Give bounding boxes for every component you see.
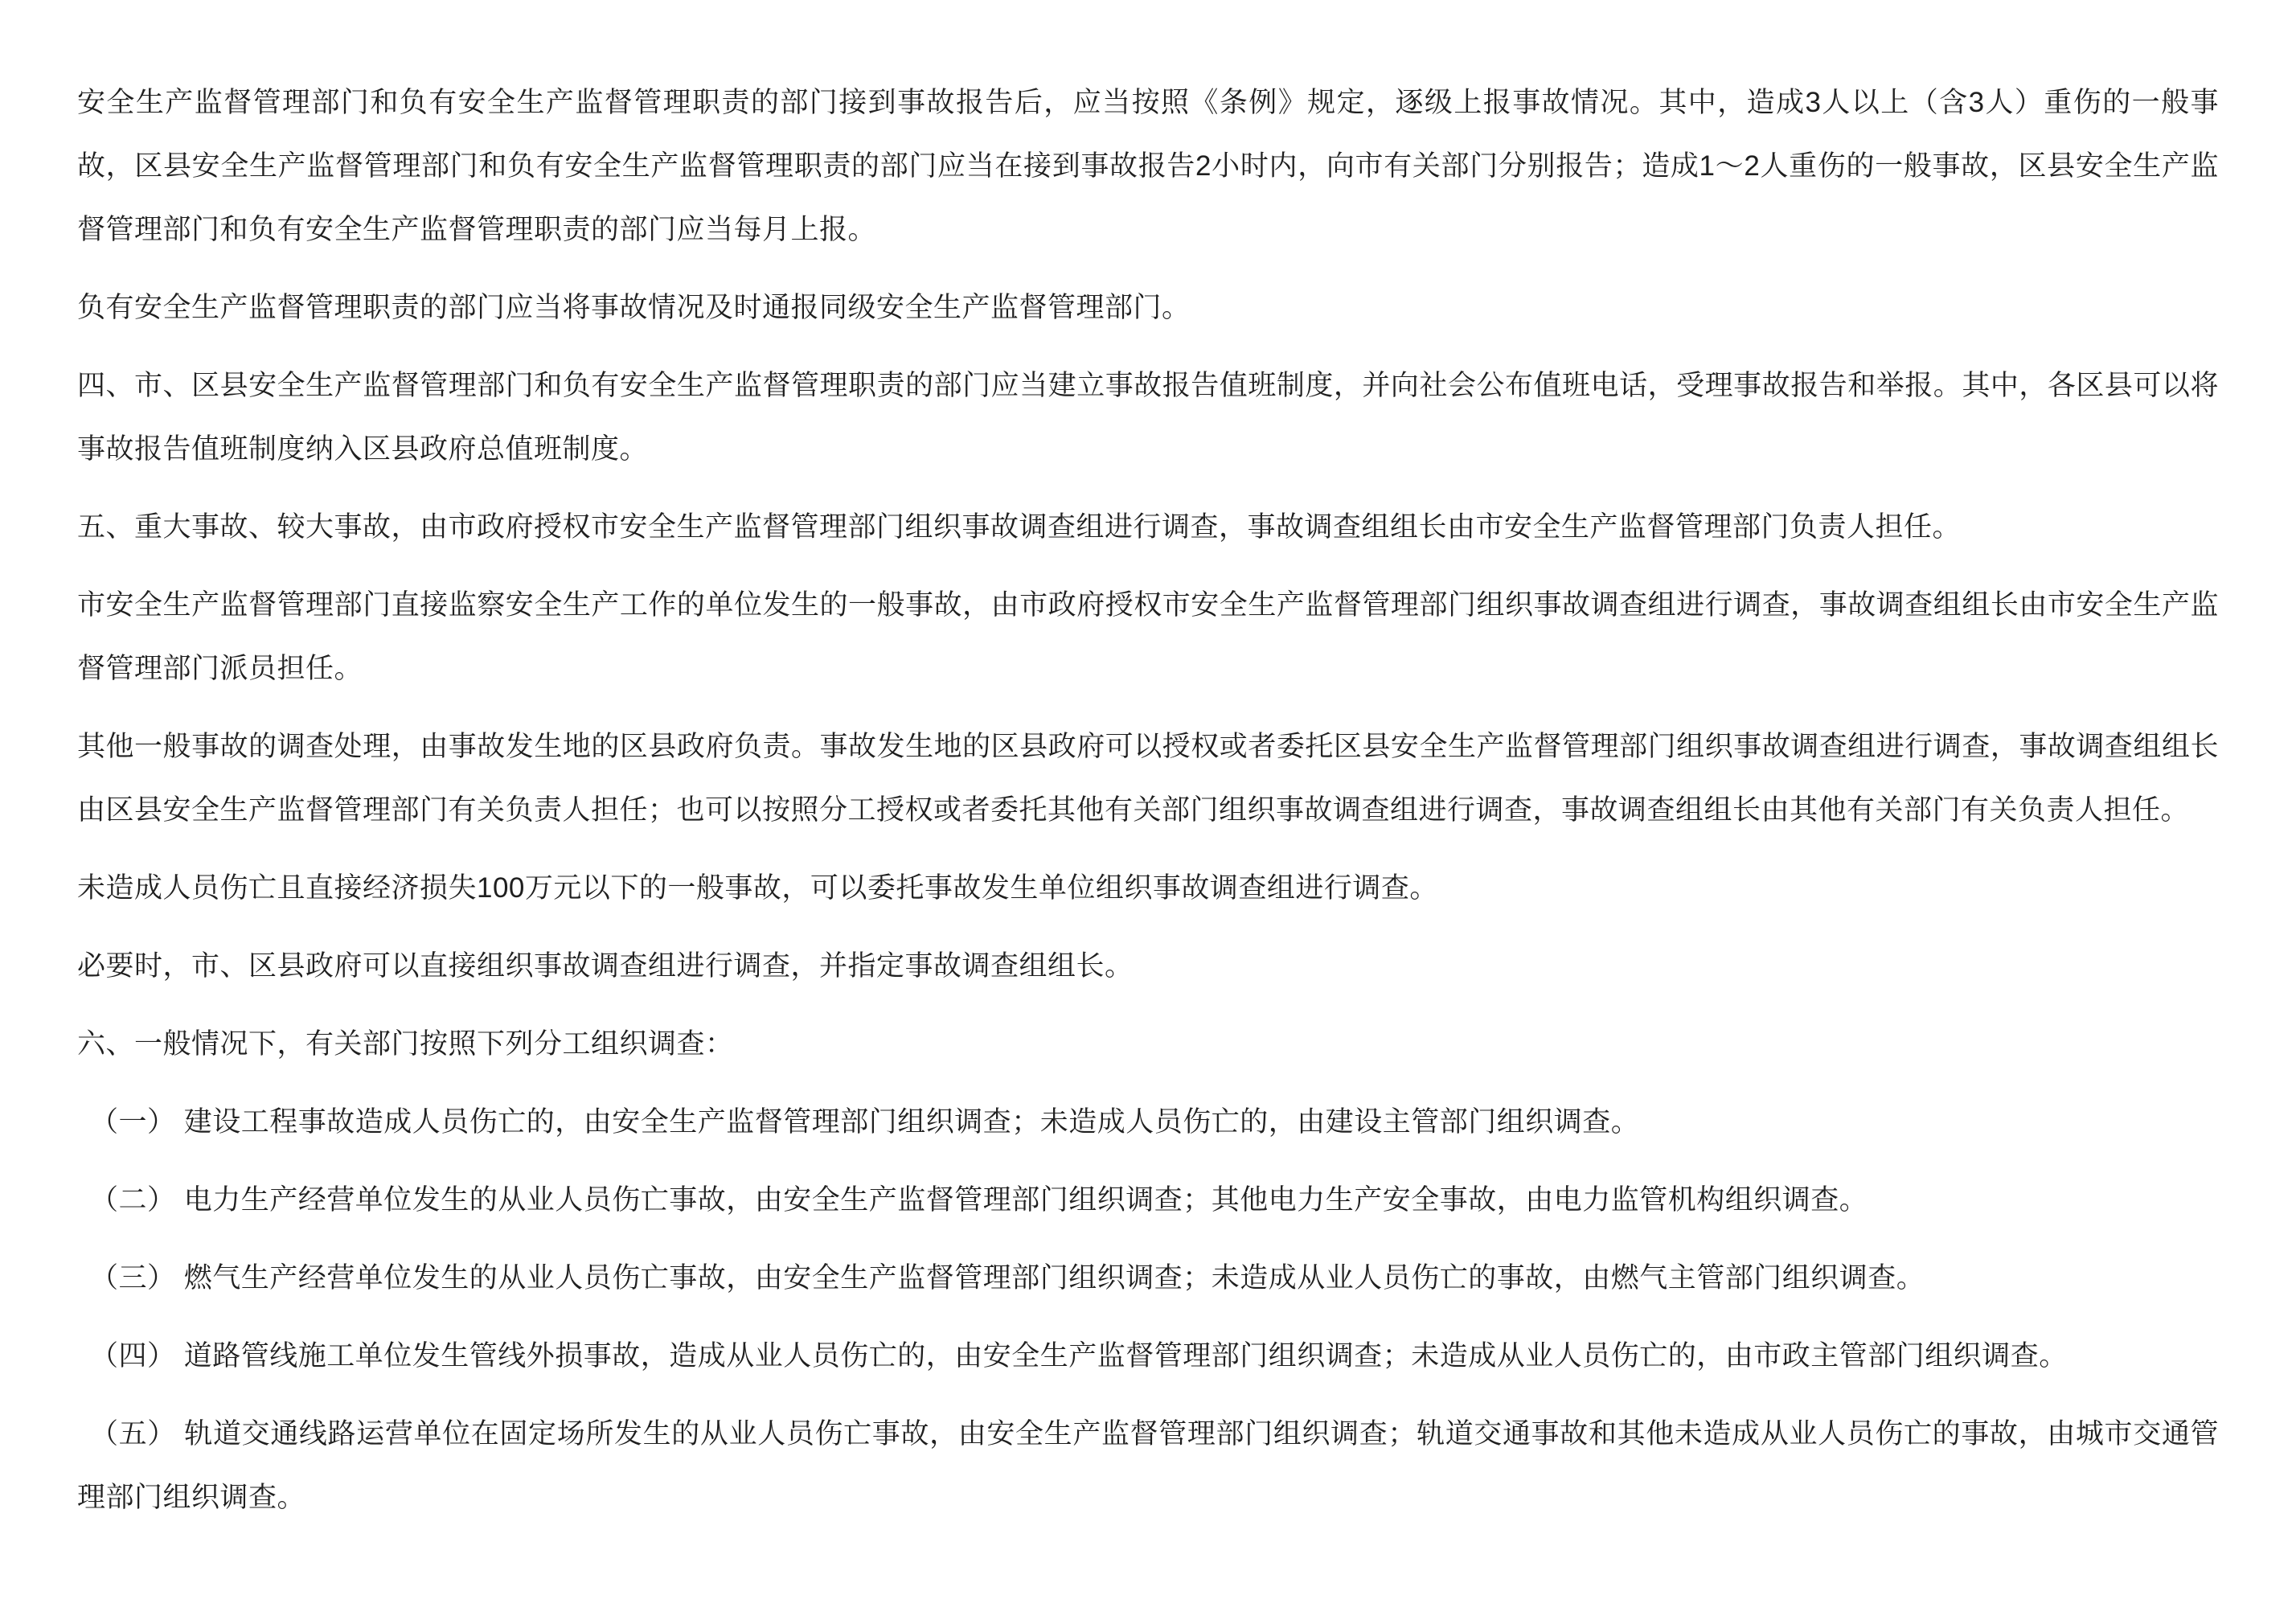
document-page: 安全生产监督管理部门和负有安全生产监督管理职责的部门接到事故报告后，应当按照《条… xyxy=(0,0,2296,1624)
paragraph-city-supervised-units: 市安全生产监督管理部门直接监察安全生产工作的单位发生的一般事故，由市政府授权市安… xyxy=(77,573,2219,700)
list-item-2-electric-power: （二） 电力生产经营单位发生的从业人员伤亡事故，由安全生产监督管理部门组织调查；… xyxy=(77,1168,2219,1232)
paragraph-section-5-major-accidents: 五、重大事故、较大事故，由市政府授权市安全生产监督管理部门组织事故调查组进行调查… xyxy=(77,495,2219,559)
list-item-3-gas: （三） 燃气生产经营单位发生的从业人员伤亡事故，由安全生产监督管理部门组织调查；… xyxy=(77,1246,2219,1310)
paragraph-notify-same-level: 负有安全生产监督管理职责的部门应当将事故情况及时通报同级安全生产监督管理部门。 xyxy=(77,276,2219,339)
list-item-1-construction: （一） 建设工程事故造成人员伤亡的，由安全生产监督管理部门组织调查；未造成人员伤… xyxy=(77,1090,2219,1154)
paragraph-no-casualty-under-100w: 未造成人员伤亡且直接经济损失100万元以下的一般事故，可以委托事故发生单位组织事… xyxy=(77,856,2219,920)
list-item-4-road-pipeline: （四） 道路管线施工单位发生管线外损事故，造成从业人员伤亡的，由安全生产监督管理… xyxy=(77,1324,2219,1388)
list-item-5-rail-transit: （五） 轨道交通线路运营单位在固定场所发生的从业人员伤亡事故，由安全生产监督管理… xyxy=(77,1402,2219,1529)
paragraph-section-6-division-of-work: 六、一般情况下，有关部门按照下列分工组织调查： xyxy=(77,1012,2219,1076)
paragraph-accident-reporting: 安全生产监督管理部门和负有安全生产监督管理职责的部门接到事故报告后，应当按照《条… xyxy=(77,71,2219,261)
paragraph-government-direct-organize: 必要时，市、区县政府可以直接组织事故调查组进行调查，并指定事故调查组组长。 xyxy=(77,934,2219,998)
paragraph-section-4-duty-system: 四、市、区县安全生产监督管理部门和负有安全生产监督管理职责的部门应当建立事故报告… xyxy=(77,354,2219,481)
paragraph-other-general-accidents: 其他一般事故的调查处理，由事故发生地的区县政府负责。事故发生地的区县政府可以授权… xyxy=(77,715,2219,842)
